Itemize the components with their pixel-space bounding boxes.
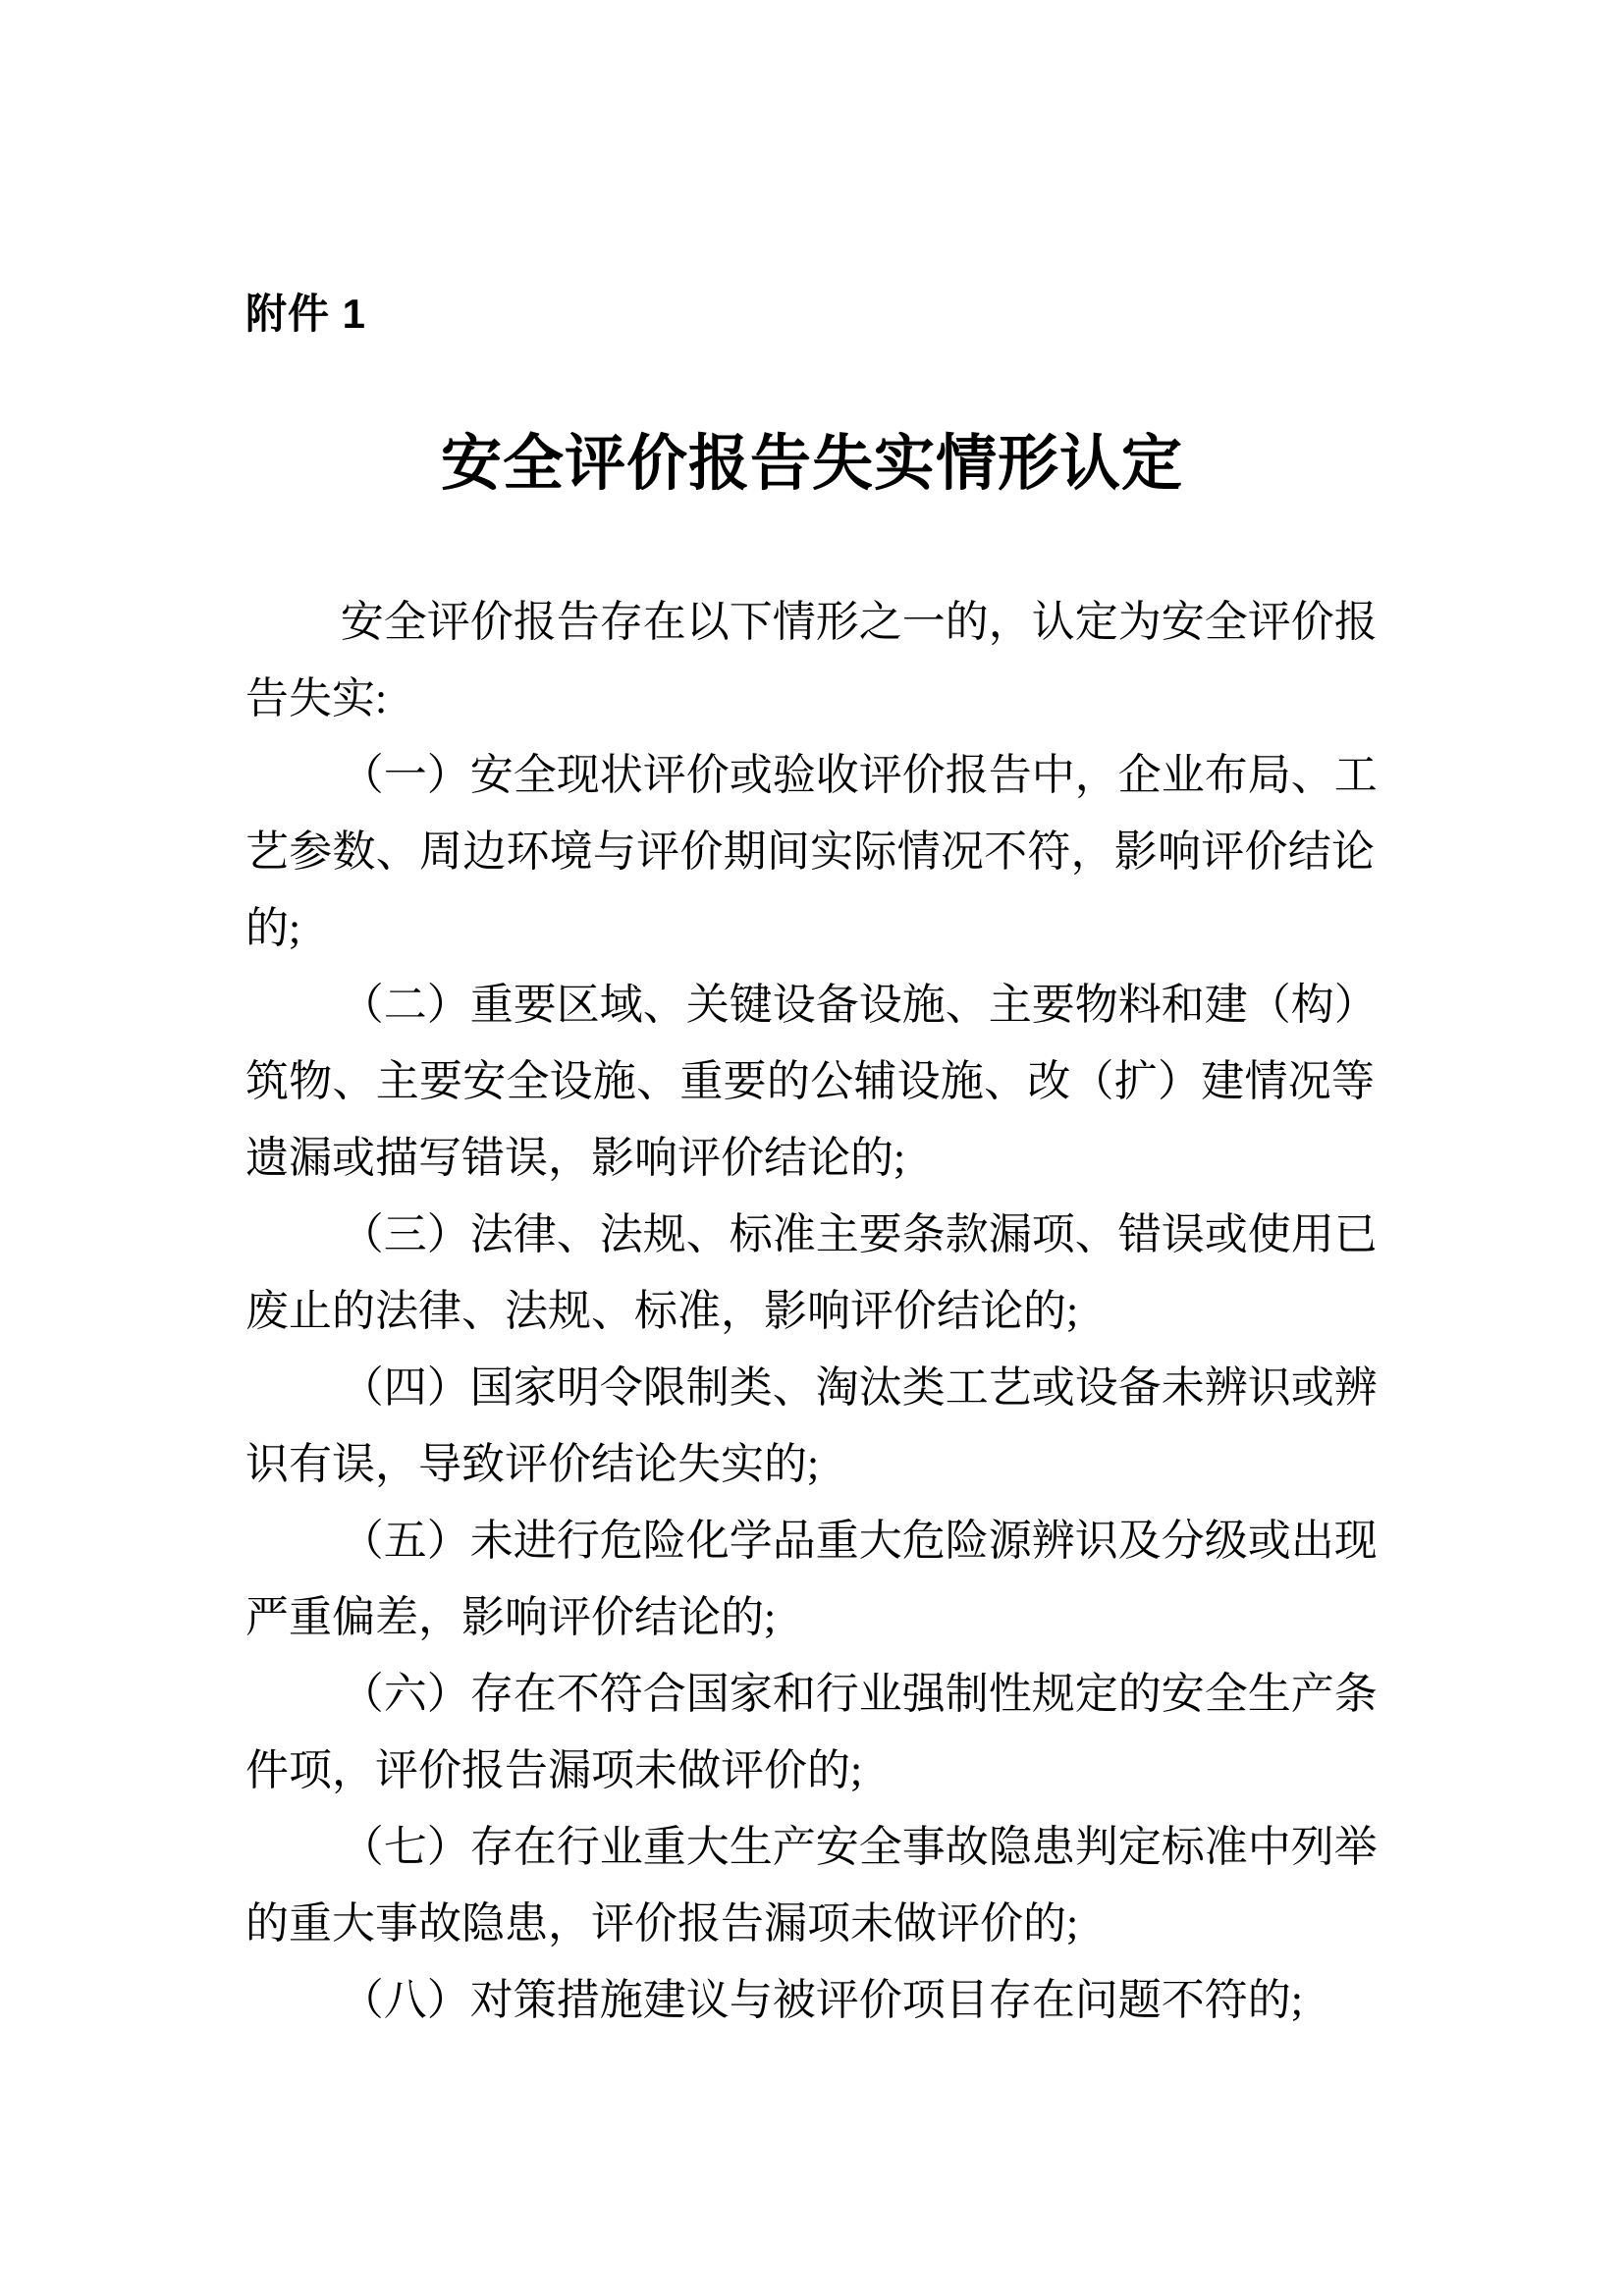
body-line: （四）国家明令限制类、淘汰类工艺或设备未辨识或辨: [245, 1350, 1375, 1426]
body-line: 的重大事故隐患，评价报告漏项未做评价的;: [245, 1886, 1375, 1962]
body-paragraph: （六）存在不符合国家和行业强制性规定的安全生产条件项，评价报告漏项未做评价的;: [245, 1656, 1375, 1809]
body-paragraph: （三）法律、法规、标准主要条款漏项、错误或使用已废止的法律、法规、标准，影响评价…: [245, 1197, 1375, 1350]
body-line: 遗漏或描写错误，影响评价结论的;: [245, 1120, 1375, 1197]
document-body: 安全评价报告存在以下情形之一的，认定为安全评价报告失实:（一）安全现状评价或验收…: [245, 584, 1375, 2039]
body-line: （二）重要区域、关键设备设施、主要物料和建（构）: [245, 967, 1375, 1043]
body-line: （七）存在行业重大生产安全事故隐患判定标准中列举: [245, 1809, 1375, 1886]
body-line: 件项，评价报告漏项未做评价的;: [245, 1733, 1375, 1809]
body-line: 告失实:: [245, 661, 1375, 737]
body-line: （八）对策措施建议与被评价项目存在问题不符的;: [245, 1962, 1375, 2039]
body-paragraph: （一）安全现状评价或验收评价报告中，企业布局、工艺参数、周边环境与评价期间实际情…: [245, 737, 1375, 967]
body-line: （五）未进行危险化学品重大危险源辨识及分级或出现: [245, 1503, 1375, 1579]
document-title: 安全评价报告失实情形认定: [0, 428, 1624, 501]
document-page: 附件 1 安全评价报告失实情形认定 安全评价报告存在以下情形之一的，认定为安全评…: [0, 0, 1624, 2296]
body-line: 筑物、主要安全设施、重要的公辅设施、改（扩）建情况等: [245, 1043, 1375, 1120]
body-line: （六）存在不符合国家和行业强制性规定的安全生产条: [245, 1656, 1375, 1733]
body-paragraph: （八）对策措施建议与被评价项目存在问题不符的;: [245, 1962, 1375, 2039]
body-line: 严重偏差，影响评价结论的;: [245, 1579, 1375, 1656]
body-paragraph: （七）存在行业重大生产安全事故隐患判定标准中列举的重大事故隐患，评价报告漏项未做…: [245, 1809, 1375, 1962]
body-line: 的;: [245, 890, 1375, 967]
body-paragraph: （二）重要区域、关键设备设施、主要物料和建（构）筑物、主要安全设施、重要的公辅设…: [245, 967, 1375, 1197]
body-paragraph: （四）国家明令限制类、淘汰类工艺或设备未辨识或辨识有误，导致评价结论失实的;: [245, 1350, 1375, 1503]
body-paragraph: （五）未进行危险化学品重大危险源辨识及分级或出现严重偏差，影响评价结论的;: [245, 1503, 1375, 1656]
body-paragraph: 安全评价报告存在以下情形之一的，认定为安全评价报告失实:: [245, 584, 1375, 737]
attachment-label: 附件 1: [245, 288, 366, 341]
body-line: （三）法律、法规、标准主要条款漏项、错误或使用已: [245, 1197, 1375, 1273]
body-line: 艺参数、周边环境与评价期间实际情况不符，影响评价结论: [245, 814, 1375, 890]
body-line: （一）安全现状评价或验收评价报告中，企业布局、工: [245, 737, 1375, 814]
body-line: 安全评价报告存在以下情形之一的，认定为安全评价报: [245, 584, 1375, 661]
body-line: 废止的法律、法规、标准，影响评价结论的;: [245, 1273, 1375, 1350]
body-line: 识有误，导致评价结论失实的;: [245, 1426, 1375, 1503]
